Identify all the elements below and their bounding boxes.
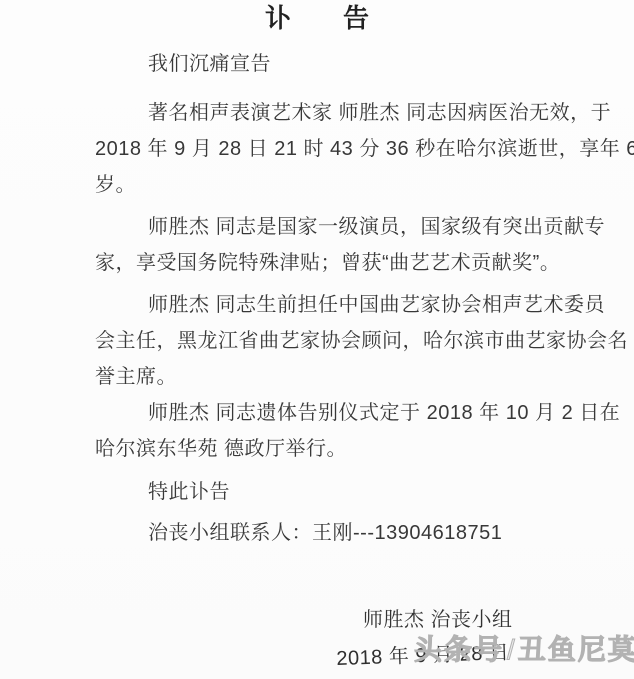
watermark: 头条号/丑鱼尼莫 — [414, 633, 634, 667]
obituary-page: 讣 告 我们沉痛宣告 著名相声表演艺术家 师胜杰 同志因病医治无效，于 2018… — [0, 0, 634, 679]
paragraph-death-notice: 著名相声表演艺术家 师胜杰 同志因病医治无效，于 2018 年 9 月 28 日… — [95, 95, 565, 203]
announcement-line: 我们沉痛宣告 — [148, 46, 271, 82]
paragraph-positions: 师胜杰 同志生前担任中国曲艺家协会相声艺术委员 会主任，黑龙江省曲艺家协会顾问，… — [95, 287, 565, 395]
paragraph-line: 岁。 — [95, 167, 565, 203]
paragraph-line: 家，享受国务院特殊津贴；曾获“曲艺艺术贡献奖”。 — [95, 245, 565, 281]
paragraph-line: 著名相声表演艺术家 师胜杰 同志因病医治无效，于 — [95, 95, 565, 131]
paragraph-line: 誉主席。 — [95, 359, 565, 395]
paragraph-line: 师胜杰 同志生前担任中国曲艺家协会相声艺术委员 — [95, 287, 565, 323]
paragraph-hereby-announce: 特此讣告 — [95, 474, 565, 510]
paragraph-line: 会主任，黑龙江省曲艺家协会顾问，哈尔滨市曲艺家协会名 — [95, 323, 565, 359]
watermark-separator: / — [504, 634, 518, 665]
watermark-author: 丑鱼尼莫 — [518, 634, 634, 665]
document-title: 讣 告 — [0, 0, 634, 36]
paragraph-farewell-ceremony: 师胜杰 同志遗体告别仪式定于 2018 年 10 月 2 日在 哈尔滨东华苑 德… — [95, 395, 565, 467]
paragraph-line: 师胜杰 同志遗体告别仪式定于 2018 年 10 月 2 日在 — [95, 395, 565, 431]
paragraph-contact: 治丧小组联系人：王刚---13904618751 — [95, 515, 565, 551]
paragraph-line: 治丧小组联系人：王刚---13904618751 — [95, 515, 565, 551]
paragraph-line: 哈尔滨东华苑 德政厅举行。 — [95, 431, 565, 467]
paragraph-line: 2018 年 9 月 28 日 21 时 43 分 36 秒在哈尔滨逝世，享年 … — [95, 131, 565, 167]
paragraph-line: 师胜杰 同志是国家一级演员，国家级有突出贡献专 — [95, 209, 565, 245]
paragraph-line: 特此讣告 — [95, 474, 565, 510]
paragraph-honors: 师胜杰 同志是国家一级演员，国家级有突出贡献专 家，享受国务院特殊津贴；曾获“曲… — [95, 209, 565, 281]
watermark-source: 头条号 — [414, 634, 504, 665]
